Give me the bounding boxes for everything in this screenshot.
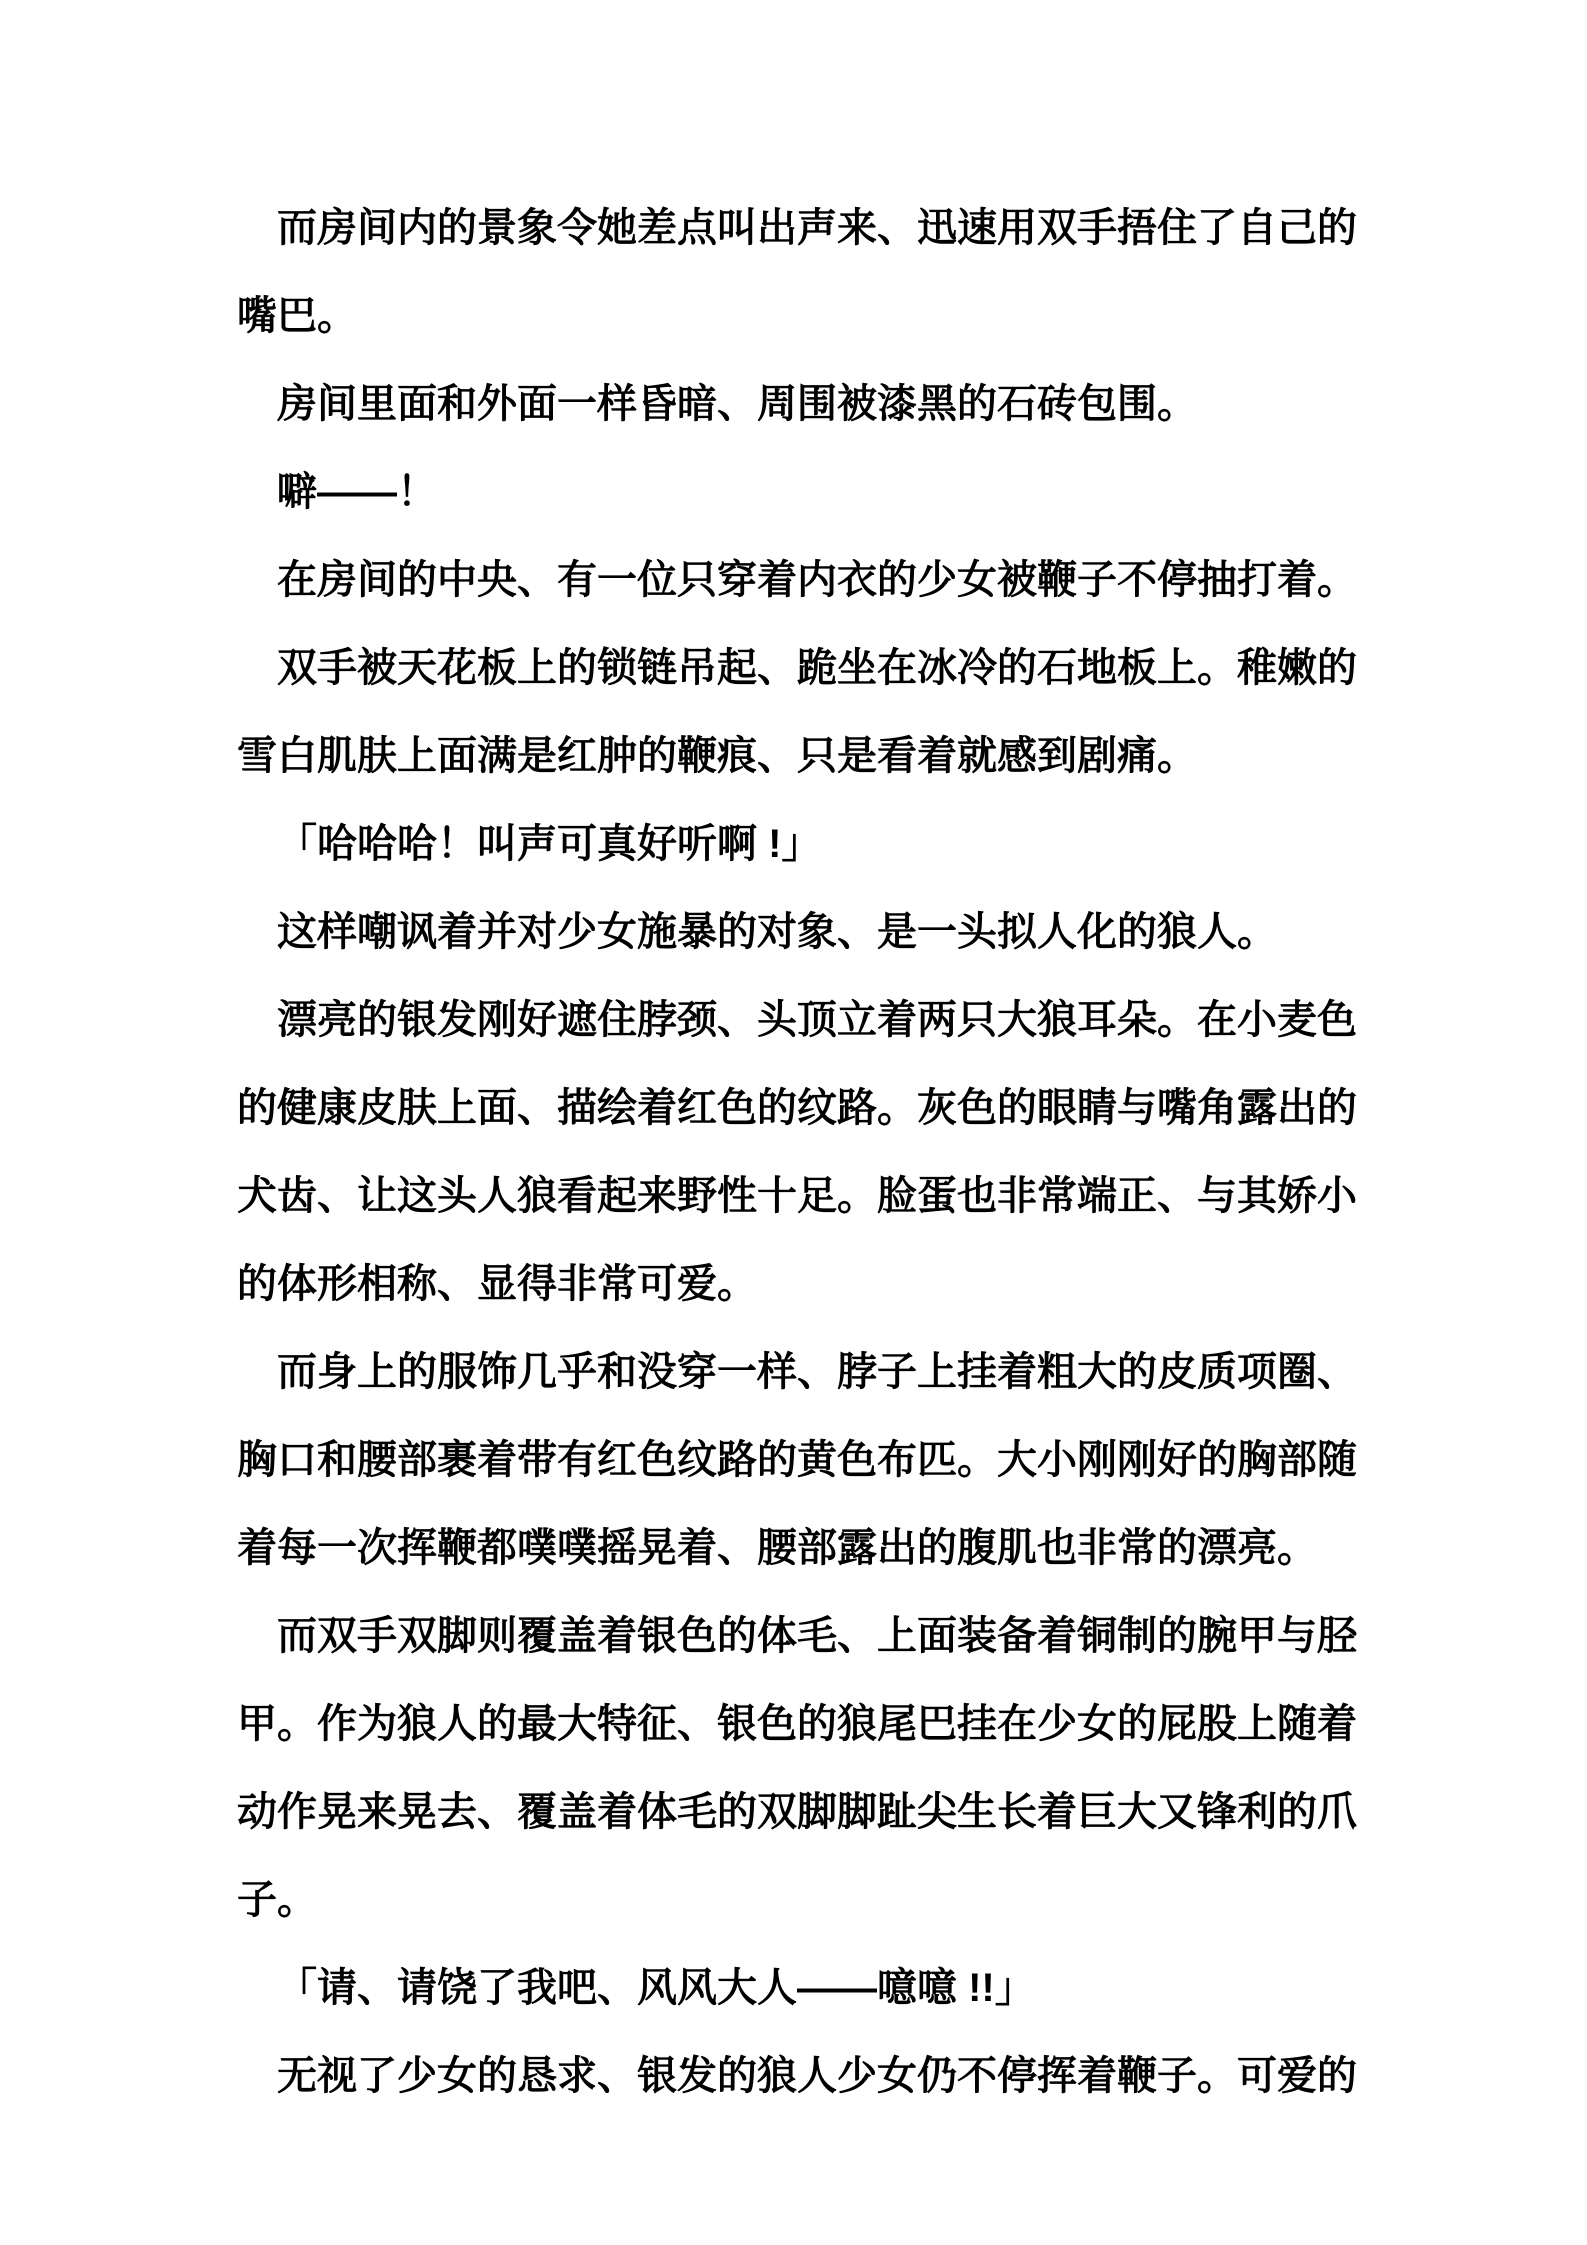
paragraph: 房间里面和外面一样昏暗、周围被漆黑的石砖包围。 (237, 360, 1357, 448)
paragraph: 噼——！ (237, 448, 1357, 536)
document-page: 而房间内的景象令她差点叫出声来、迅速用双手捂住了自己的嘴巴。房间里面和外面一样昏… (0, 0, 1587, 2245)
paragraph: 无视了少女的恳求、银发的狼人少女仍不停挥着鞭子。可爱的 (237, 2032, 1357, 2120)
paragraph: 而双手双脚则覆盖着银色的体毛、上面装备着铜制的腕甲与胫甲。作为狼人的最大特征、银… (237, 1592, 1357, 1944)
paragraph: 而房间内的景象令她差点叫出声来、迅速用双手捂住了自己的嘴巴。 (237, 184, 1357, 360)
paragraph: 在房间的中央、有一位只穿着内衣的少女被鞭子不停抽打着。 (237, 536, 1357, 624)
paragraph: 而身上的服饰几乎和没穿一样、脖子上挂着粗大的皮质项圈、胸口和腰部裹着带有红色纹路… (237, 1328, 1357, 1592)
paragraph: 「请、请饶了我吧、风风大人——噫噫 !!」 (237, 1944, 1357, 2032)
paragraph: 双手被天花板上的锁链吊起、跪坐在冰冷的石地板上。稚嫩的雪白肌肤上面满是红肿的鞭痕… (237, 624, 1357, 800)
paragraph: 「哈哈哈！叫声可真好听啊 !」 (237, 800, 1357, 888)
paragraph: 漂亮的银发刚好遮住脖颈、头顶立着两只大狼耳朵。在小麦色的健康皮肤上面、描绘着红色… (237, 976, 1357, 1328)
paragraph: 这样嘲讽着并对少女施暴的对象、是一头拟人化的狼人。 (237, 888, 1357, 976)
text-column: 而房间内的景象令她差点叫出声来、迅速用双手捂住了自己的嘴巴。房间里面和外面一样昏… (237, 184, 1357, 2120)
